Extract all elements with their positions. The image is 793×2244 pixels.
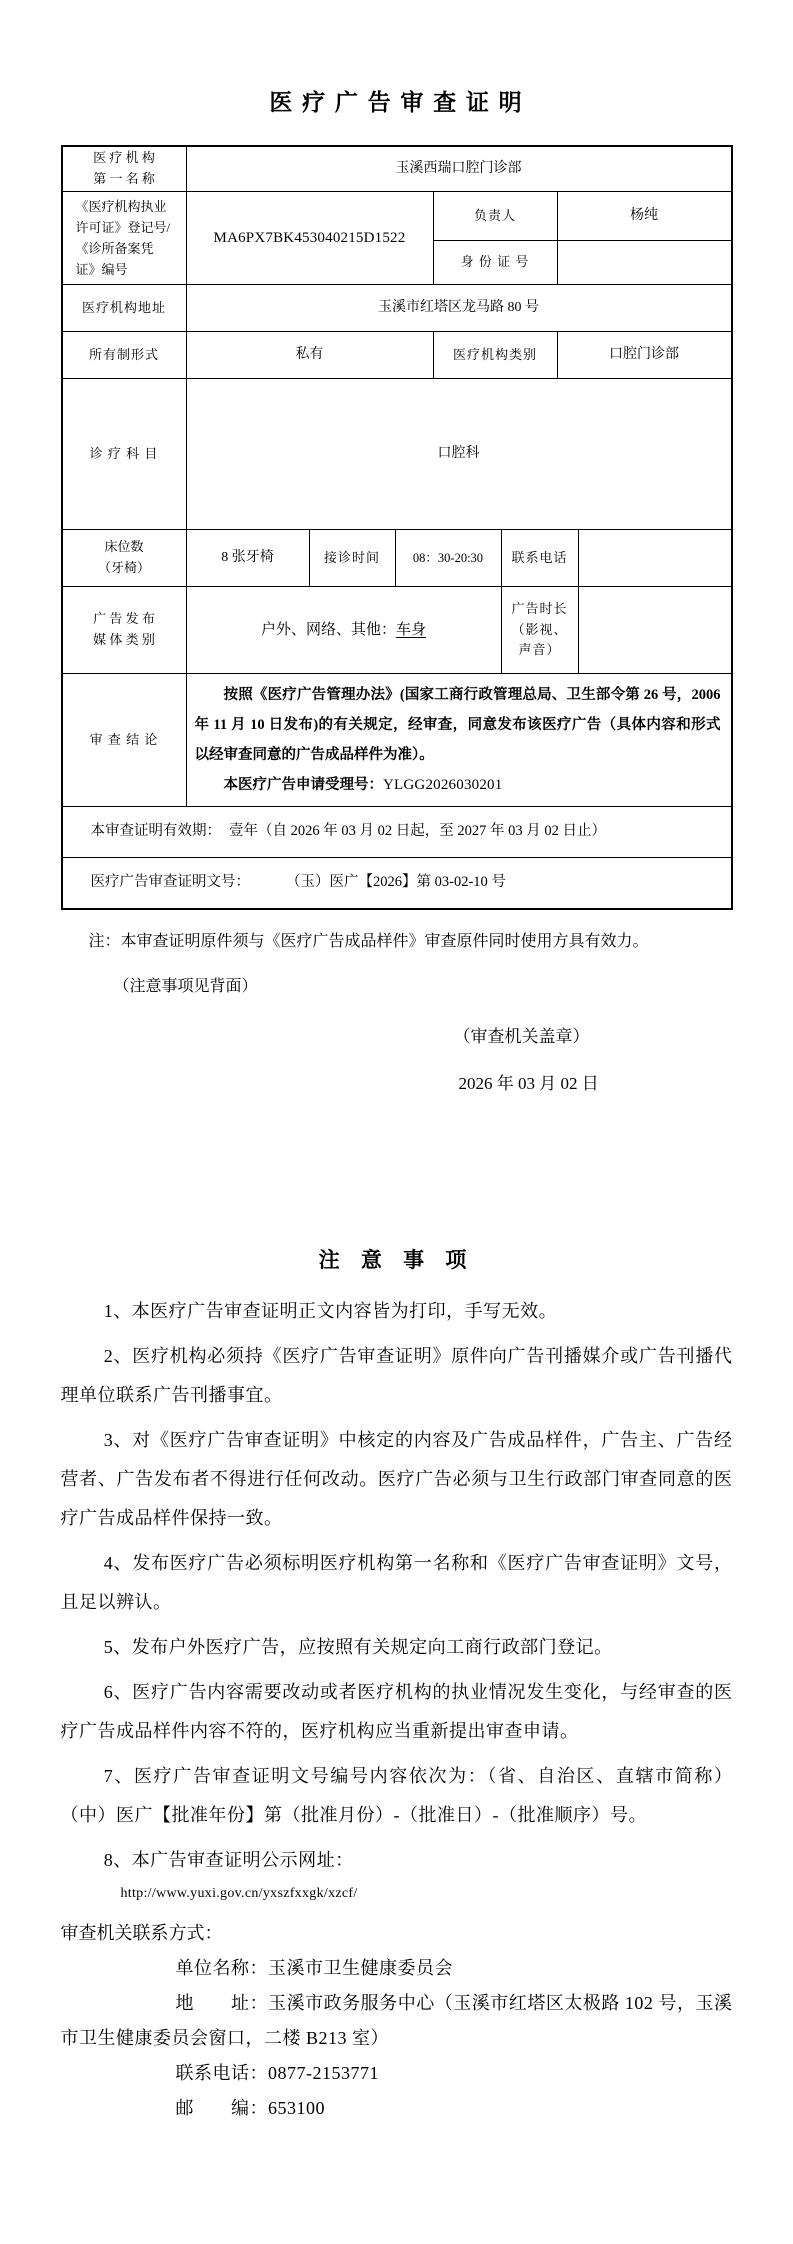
principal-value: 杨纯 bbox=[557, 192, 731, 240]
phone-label: 联系电话 bbox=[501, 530, 578, 586]
table-row: 所有制形式 私有 医疗机构类别 口腔门诊部 bbox=[63, 331, 731, 378]
hours-label: 接诊时间 bbox=[309, 530, 395, 586]
certificate-title: 医 疗 广 告 审 查 证 明 bbox=[61, 0, 733, 117]
doc-number-label: 医疗广告审查证明文号： bbox=[91, 871, 251, 894]
license-label: 《医疗机构执业许可证》登记号/《诊所备案凭证》编号 bbox=[63, 192, 186, 284]
table-row: 本审查证明有效期： 壹年（自 2026 年 03 月 02 日起，至 2027 … bbox=[63, 806, 731, 857]
validity-value: 壹年（自 2026 年 03 月 02 日起，至 2027 年 03 月 02 … bbox=[229, 820, 606, 843]
notice-title: 注 意 事 项 bbox=[61, 1244, 733, 1274]
review-conclusion-value: 按照《医疗广告管理办法》(国家工商行政管理总局、卫生部令第 26 号，2006 … bbox=[186, 674, 731, 806]
org-name-label: 医 疗 机 构 第 一 名 称 bbox=[63, 147, 186, 191]
beds-label: 床位数 （牙椅） bbox=[63, 530, 186, 586]
contact-phone: 联系电话：0877-2153771 bbox=[61, 2056, 733, 2091]
review-authority-seal-label: （审查机关盖章） bbox=[454, 1022, 733, 1047]
certificate-page: 医 疗 广 告 审 查 证 明 医 疗 机 构 第 一 名 称 玉溪西瑞口腔门诊… bbox=[61, 0, 733, 2126]
id-number-label: 身 份 证 号 bbox=[433, 240, 557, 284]
table-row: 医 疗 机 构 第 一 名 称 玉溪西瑞口腔门诊部 bbox=[63, 147, 731, 191]
media-type-value-prefix: 户外、网络、其他： bbox=[261, 622, 396, 638]
ad-duration-value bbox=[578, 587, 731, 673]
org-name-label-line2: 第 一 名 称 bbox=[93, 169, 155, 190]
beds-value: 8 张牙椅 bbox=[186, 530, 309, 586]
beds-label-line2: （牙椅） bbox=[98, 558, 150, 579]
media-type-value-underlined: 车身 bbox=[396, 622, 426, 638]
certificate-table: 医 疗 机 构 第 一 名 称 玉溪西瑞口腔门诊部 《医疗机构执业许可证》登记号… bbox=[61, 145, 733, 910]
media-type-label-line2: 媒 体 类 别 bbox=[93, 630, 155, 651]
table-row: 诊 疗 科 目 口腔科 bbox=[63, 378, 731, 529]
validity-line: 本审查证明有效期： 壹年（自 2026 年 03 月 02 日起，至 2027 … bbox=[63, 807, 731, 857]
notice-items: 1、本医疗广告审查证明正文内容皆为打印，手写无效。 2、医疗机构必须持《医疗广告… bbox=[61, 1292, 733, 1880]
notice-item-7: 7、医疗广告审查证明文号编号内容依次为：（省、自治区、直辖市简称）（中）医广【批… bbox=[61, 1757, 733, 1835]
notice-item-8: 8、本广告审查证明公示网址： bbox=[61, 1841, 733, 1880]
media-type-value-text: 户外、网络、其他：车身 bbox=[261, 618, 426, 642]
media-type-label-line1: 广 告 发 布 bbox=[93, 609, 155, 630]
table-row: 审 查 结 论 按照《医疗广告管理办法》(国家工商行政管理总局、卫生部令第 26… bbox=[63, 673, 731, 806]
beds-label-line1: 床位数 bbox=[104, 537, 143, 558]
table-row: 广 告 发 布 媒 体 类 别 户外、网络、其他：车身 广告时长 （影视、 声音… bbox=[63, 586, 731, 673]
org-name-label-line1: 医 疗 机 构 bbox=[93, 148, 155, 169]
id-number-value bbox=[557, 240, 731, 284]
ownership-label: 所有制形式 bbox=[63, 332, 186, 378]
org-address-label: 医疗机构地址 bbox=[63, 285, 186, 331]
org-type-value: 口腔门诊部 bbox=[557, 332, 731, 378]
ad-duration-label-line3: 声音） bbox=[518, 640, 560, 661]
doc-number-value: （玉）医广【2026】第 03-02-10 号 bbox=[286, 871, 506, 894]
departments-value: 口腔科 bbox=[186, 379, 731, 529]
acceptance-number-value: YLGG2026030201 bbox=[383, 777, 502, 793]
ad-duration-label: 广告时长 （影视、 声音） bbox=[501, 587, 578, 673]
notice-item-1: 1、本医疗广告审查证明正文内容皆为打印，手写无效。 bbox=[61, 1292, 733, 1331]
contact-block: 单位名称：玉溪市卫生健康委员会 地 址：玉溪市政务服务中心（玉溪市红塔区太极路 … bbox=[61, 1951, 733, 2126]
ad-duration-label-line2: （影视、 bbox=[511, 620, 567, 641]
contact-heading: 审查机关联系方式： bbox=[61, 1916, 733, 1951]
notice-item-5: 5、发布户外医疗广告，应按照有关规定向工商行政部门登记。 bbox=[61, 1628, 733, 1667]
review-conclusion-label: 审 查 结 论 bbox=[63, 674, 186, 806]
table-row: 《医疗机构执业许可证》登记号/《诊所备案凭证》编号 MA6PX7BK453040… bbox=[63, 191, 731, 284]
original-use-note: 注：本审查证明原件须与《医疗广告成品样件》审查原件同时使用方具有效力。 bbox=[89, 928, 733, 951]
seal-and-date-block: （审查机关盖章） 2026 年 03 月 02 日 bbox=[454, 1022, 733, 1094]
publicity-url: http://www.yuxi.gov.cn/yxszfxxgk/xzcf/ bbox=[121, 1886, 733, 1902]
contact-address: 地 址：玉溪市政务服务中心（玉溪市红塔区太极路 102 号，玉溪市卫生健康委员会… bbox=[61, 1986, 733, 2056]
doc-number-line: 医疗广告审查证明文号： （玉）医广【2026】第 03-02-10 号 bbox=[63, 858, 731, 908]
org-type-label: 医疗机构类别 bbox=[433, 332, 557, 378]
notice-item-2: 2、医疗机构必须持《医疗广告审查证明》原件向广告刊播媒介或广告刊播代理单位联系广… bbox=[61, 1337, 733, 1415]
contact-postcode: 邮 编：653100 bbox=[61, 2091, 733, 2126]
issue-date: 2026 年 03 月 02 日 bbox=[459, 1069, 733, 1094]
acceptance-number-line: 本医疗广告申请受理号：YLGG2026030201 bbox=[195, 770, 721, 800]
see-back-note: （注意事项见背面） bbox=[114, 973, 733, 996]
validity-label: 本审查证明有效期： bbox=[91, 820, 222, 843]
phone-value bbox=[578, 530, 731, 586]
notice-item-3: 3、对《医疗广告审查证明》中核定的内容及广告成品样件，广告主、广告经营者、广告发… bbox=[61, 1421, 733, 1538]
table-row: 床位数 （牙椅） 8 张牙椅 接诊时间 08：30-20:30 联系电话 bbox=[63, 529, 731, 586]
org-address-value: 玉溪市红塔区龙马路 80 号 bbox=[186, 285, 731, 331]
table-row: 医疗机构地址 玉溪市红塔区龙马路 80 号 bbox=[63, 284, 731, 331]
media-type-label: 广 告 发 布 媒 体 类 别 bbox=[63, 587, 186, 673]
ownership-value: 私有 bbox=[186, 332, 433, 378]
license-value: MA6PX7BK453040215D1522 bbox=[186, 192, 433, 284]
table-row: 医疗广告审查证明文号： （玉）医广【2026】第 03-02-10 号 bbox=[63, 857, 731, 908]
notice-item-6: 6、医疗广告内容需要改动或者医疗机构的执业情况发生变化，与经审查的医疗广告成品样… bbox=[61, 1673, 733, 1751]
media-type-value: 户外、网络、其他：车身 bbox=[186, 587, 501, 673]
acceptance-number-label: 本医疗广告申请受理号： bbox=[224, 777, 384, 793]
ad-duration-label-line1: 广告时长 bbox=[511, 599, 567, 620]
notice-item-4: 4、发布医疗广告必须标明医疗机构第一名称和《医疗广告审查证明》文号，且足以辨认。 bbox=[61, 1544, 733, 1622]
principal-label: 负责人 bbox=[433, 192, 557, 240]
hours-value: 08：30-20:30 bbox=[395, 530, 501, 586]
review-conclusion-text: 按照《医疗广告管理办法》(国家工商行政管理总局、卫生部令第 26 号，2006 … bbox=[195, 680, 721, 770]
org-name-value: 玉溪西瑞口腔门诊部 bbox=[186, 147, 731, 191]
contact-unit-name: 单位名称：玉溪市卫生健康委员会 bbox=[61, 1951, 733, 1986]
departments-label: 诊 疗 科 目 bbox=[63, 379, 186, 529]
